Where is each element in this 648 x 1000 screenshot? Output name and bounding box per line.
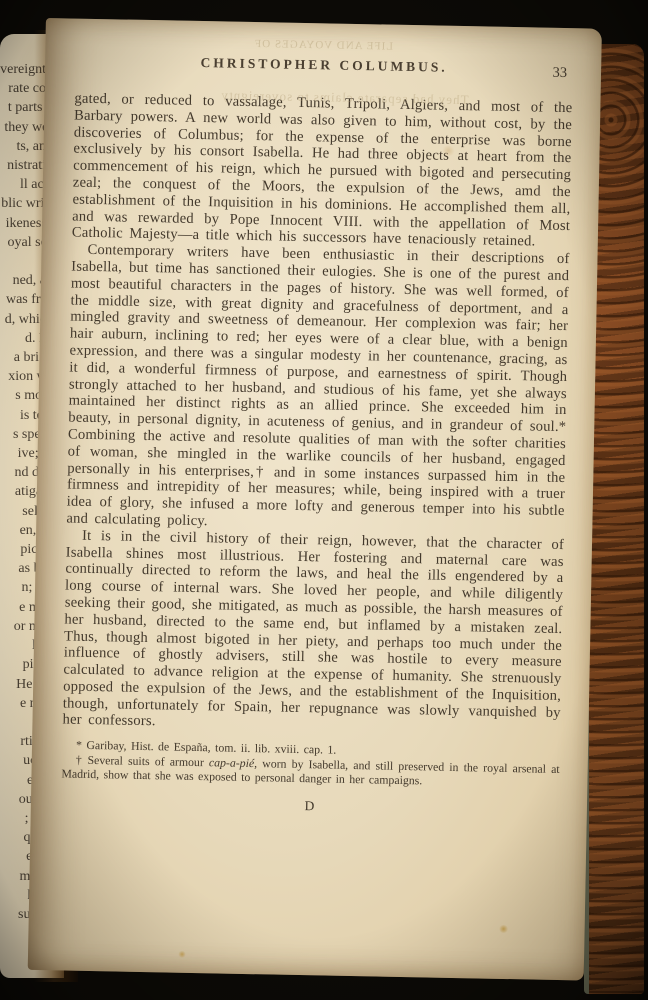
foxing-spot [499,925,509,933]
paragraph: Contemporary writers have been enthusias… [66,242,569,537]
foxing-spot [178,951,186,958]
book-page: LIFE AND VOYAGES OF They had separate cl… [28,18,602,980]
paragraph: gated, or reduced to vassalage, Tunis, T… [72,91,573,252]
book-photo: vereigntyrate cout parts othey werts, an… [0,0,648,1000]
signature-mark: D [61,793,559,819]
footnotes: * Garibay, Hist. de España, tom. ii. lib… [61,738,560,791]
running-title: CHRISTOPHER COLUMBUS. [75,53,573,79]
paragraph: It is in the civil history of their reig… [62,527,564,738]
page-header: CHRISTOPHER COLUMBUS. 33 [75,53,573,87]
footnote-marker: † [76,753,88,767]
body-text: gated, or reduced to vassalage, Tunis, T… [62,91,572,739]
page-number: 33 [552,65,567,82]
